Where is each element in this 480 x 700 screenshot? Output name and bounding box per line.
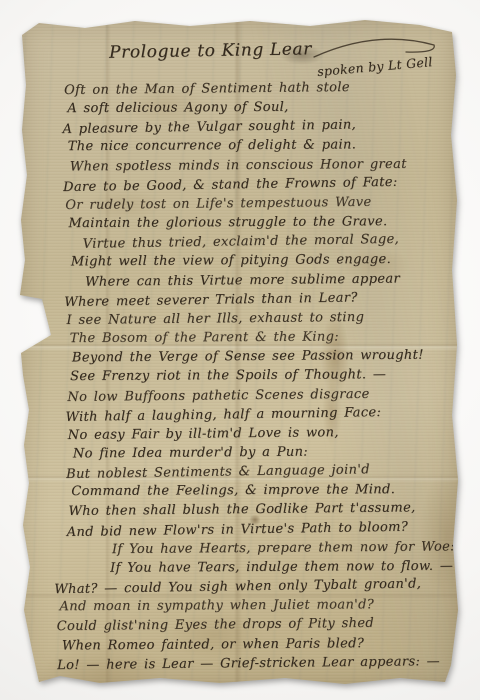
handwritten-text-layer: Prologue to King Lear spoken by Lt Gell … [15,15,461,691]
poem-line: The nice concurrence of delight & pain. [68,135,453,157]
poem-line: Might well the view of pitying Gods enga… [71,250,456,272]
photo-background: { "page": { "background_color": "#f5f4f2… [0,0,480,700]
paper-sheet: Prologue to King Lear spoken by Lt Gell … [15,15,461,691]
manuscript-page: Prologue to King Lear spoken by Lt Gell … [15,15,461,691]
poem-line: Command the Feelings, & improve the Mind… [71,480,456,502]
poem: Oft on the Man of Sentiment hath stoleA … [64,77,455,675]
poem-line: If You have Hearts, prepare them now for… [112,537,459,559]
poem-line: When Romeo fainted, or when Paris bled? [62,633,460,655]
